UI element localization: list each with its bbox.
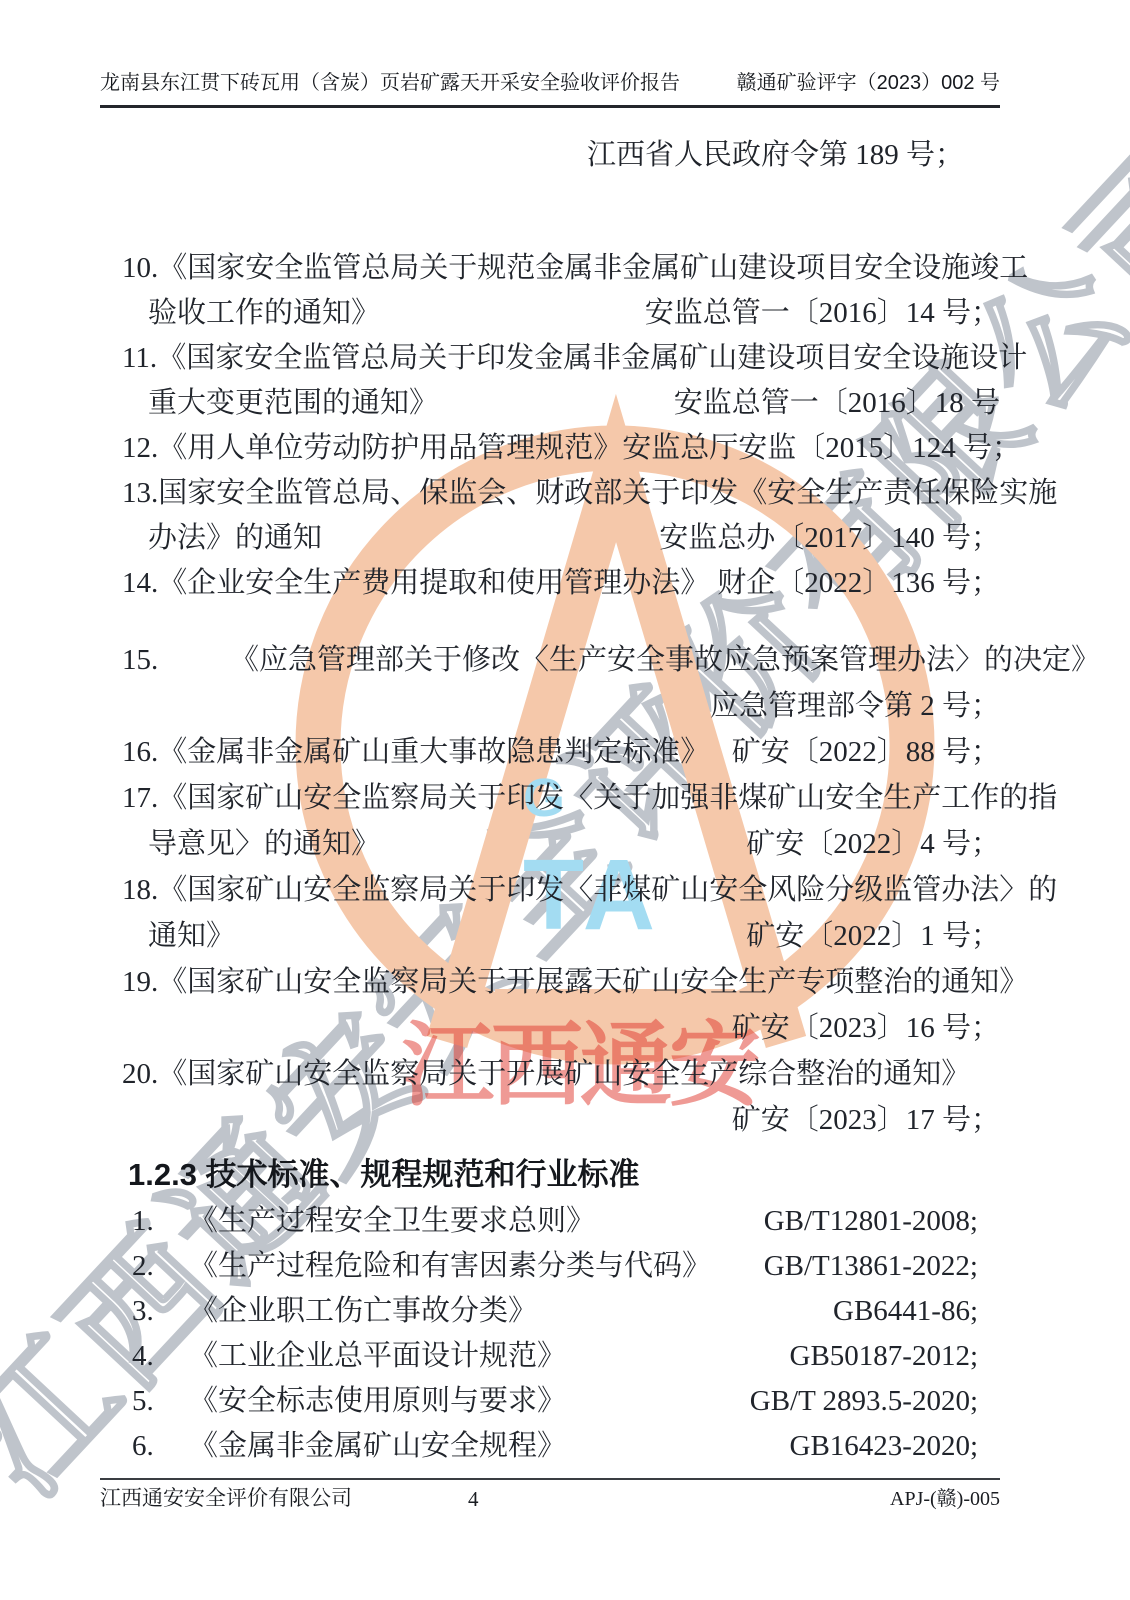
item-reference: 矿安〔2022〕88 号； xyxy=(732,730,1000,775)
item-number: 18. xyxy=(122,868,158,913)
page-header: 龙南县东江贯下砖瓦用（含炭）页岩矿露天开采安全验收评价报告 赣通矿验评字（202… xyxy=(100,70,1000,108)
item-number: 16. xyxy=(122,730,158,775)
item-reference: 应急管理部令第 2 号； xyxy=(710,684,1000,729)
item-reference: GB/T13861-2022; xyxy=(764,1244,978,1289)
item-reference: 安监总办〔2017〕140 号； xyxy=(659,516,1000,561)
item-title: 《用人单位劳动防护用品管理规范》 xyxy=(158,426,622,471)
item-number: 5. xyxy=(132,1379,189,1424)
item-reference: 安监总厅安监〔2015〕124 号； xyxy=(622,426,1021,471)
list-item: 13.国家安全监管总局、保监会、财政部关于印发《安全生产责任保险实施 xyxy=(112,471,1000,516)
item-reference: 矿安〔2022〕1 号； xyxy=(746,914,1000,959)
item-number: 19. xyxy=(122,960,158,1005)
item-title: 《国家矿山安全监察局关于开展露天矿山安全生产专项整治的通知》 xyxy=(158,960,1028,1005)
item-title: 《企业职工伤亡事故分类》 xyxy=(189,1289,537,1334)
list-item: 验收工作的通知》安监总管一〔2016〕14 号； xyxy=(112,291,1000,336)
item-title: 《安全标志使用原则与要求》 xyxy=(189,1379,566,1424)
item-number: 14. xyxy=(122,561,158,606)
item-title: 《工业企业总平面设计规范》 xyxy=(189,1334,566,1379)
list-item: 江西省人民政府令第 189 号； xyxy=(112,133,1000,178)
list-item: 15.《应急管理部关于修改〈生产安全事故应急预案管理办法〉的决定》 xyxy=(112,638,1000,683)
item-title: 《生产过程危险和有害因素分类与代码》 xyxy=(189,1244,711,1289)
list-item: 4.《工业企业总平面设计规范》GB50187-2012; xyxy=(112,1334,1000,1379)
item-title: 《金属非金属矿山安全规程》 xyxy=(189,1424,566,1469)
list-item: 应急管理部令第 2 号； xyxy=(112,684,1000,729)
list-item: 3.《企业职工伤亡事故分类》GB6441-86; xyxy=(112,1289,1000,1334)
item-title: 《生产过程安全卫生要求总则》 xyxy=(189,1199,595,1244)
header-doc-number: 赣通矿验评字（2023）002 号 xyxy=(737,70,1000,96)
page-footer: 江西通安安全评价有限公司 4 APJ-(赣)-005 xyxy=(100,1478,1000,1511)
list-item: 6.《金属非金属矿山安全规程》GB16423-2020; xyxy=(112,1424,1000,1469)
list-item: 2.《生产过程危险和有害因素分类与代码》GB/T13861-2022; xyxy=(112,1244,1000,1289)
list-item: 11.《国家安全监管总局关于印发金属非金属矿山建设项目安全设施设计 xyxy=(112,336,1000,381)
list-item: 12.《用人单位劳动防护用品管理规范》安监总厅安监〔2015〕124 号； xyxy=(112,426,1000,471)
list-item: 导意见〉的通知》矿安〔2022〕4 号； xyxy=(112,822,1000,867)
list-item: 16.《金属非金属矿山重大事故隐患判定标准》矿安〔2022〕88 号； xyxy=(112,730,1000,775)
list-item: 矿安〔2023〕17 号； xyxy=(112,1098,1000,1143)
item-reference: 矿安〔2022〕4 号； xyxy=(746,822,1000,867)
item-reference: 安监总管一〔2016〕18 号 xyxy=(674,381,1000,426)
item-reference: GB/T 2893.5-2020; xyxy=(750,1379,978,1424)
list-item: 10.《国家安全监管总局关于规范金属非金属矿山建设项目安全设施竣工 xyxy=(112,246,1000,291)
item-title: 《应急管理部关于修改〈生产安全事故应急预案管理办法〉的决定》 xyxy=(230,638,1100,683)
item-reference: 矿安〔2023〕17 号； xyxy=(732,1098,1000,1143)
item-reference: 矿安〔2023〕16 号； xyxy=(732,1006,1000,1051)
document-content: 龙南县东江贯下砖瓦用（含炭）页岩矿露天开采安全验收评价报告 赣通矿验评字（202… xyxy=(0,0,1130,1600)
list-item: 19.《国家矿山安全监察局关于开展露天矿山安全生产专项整治的通知》 xyxy=(112,960,1000,1005)
item-number: 20. xyxy=(122,1052,158,1097)
list-item: 17.《国家矿山安全监察局关于印发〈关于加强非煤矿山安全生产工作的指 xyxy=(112,776,1000,821)
item-number: 1. xyxy=(132,1199,189,1244)
item-title: 《国家矿山安全监察局关于印发〈非煤矿山安全风险分级监管办法〉的 xyxy=(158,868,1057,913)
item-number: 10. xyxy=(122,246,158,291)
list-item: 18.《国家矿山安全监察局关于印发〈非煤矿山安全风险分级监管办法〉的 xyxy=(112,868,1000,913)
list-item: 重大变更范围的通知》安监总管一〔2016〕18 号 xyxy=(112,381,1000,426)
item-number: 2. xyxy=(132,1244,189,1289)
item-number: 12. xyxy=(122,426,158,471)
list-item: 5.《安全标志使用原则与要求》GB/T 2893.5-2020; xyxy=(112,1379,1000,1424)
item-title: 《国家安全监管总局关于印发金属非金属矿山建设项目安全设施设计 xyxy=(157,336,1027,381)
item-reference: GB6441-86; xyxy=(833,1289,978,1334)
item-reference: GB16423-2020; xyxy=(790,1424,979,1469)
footer-doc-code: APJ-(赣)-005 xyxy=(890,1487,1000,1511)
body-rows: 江西省人民政府令第 189 号；10.《国家安全监管总局关于规范金属非金属矿山建… xyxy=(112,133,1000,1469)
item-reference: 安监总管一〔2016〕14 号； xyxy=(645,291,1000,336)
item-number: 6. xyxy=(132,1424,189,1469)
item-number: 17. xyxy=(122,776,158,821)
item-title: 通知》 xyxy=(148,914,235,959)
page-number: 4 xyxy=(468,1487,479,1511)
document-page: 江西通安安全评价有限公司 G TA 江西通安 龙南县东江贯下砖瓦用（含炭）页岩矿… xyxy=(0,0,1130,1600)
item-title: 《国家矿山安全监察局关于开展矿山安全生产综合整治的通知》 xyxy=(158,1052,970,1097)
item-number: 13. xyxy=(122,471,158,516)
item-reference: 江西省人民政府令第 189 号； xyxy=(587,133,964,178)
list-item: 20.《国家矿山安全监察局关于开展矿山安全生产综合整治的通知》 xyxy=(112,1052,1000,1097)
list-item: 矿安〔2023〕16 号； xyxy=(112,1006,1000,1051)
item-title: 《金属非金属矿山重大事故隐患判定标准》 xyxy=(158,730,709,775)
list-item: 办法》的通知安监总办〔2017〕140 号； xyxy=(112,516,1000,561)
item-title: 《国家安全监管总局关于规范金属非金属矿山建设项目安全设施竣工 xyxy=(158,246,1028,291)
list-item: 1.《生产过程安全卫生要求总则》GB/T12801-2008; xyxy=(112,1199,1000,1244)
item-title: 办法》的通知 xyxy=(148,516,322,561)
item-title: 导意见〉的通知》 xyxy=(148,822,380,867)
item-number: 3. xyxy=(132,1289,189,1334)
item-number: 11. xyxy=(122,336,157,381)
section-heading: 1.2.3 技术标准、规程规范和行业标准 xyxy=(112,1151,1000,1199)
item-reference: GB/T12801-2008; xyxy=(764,1199,978,1244)
item-title: 1.2.3 技术标准、规程规范和行业标准 xyxy=(128,1151,640,1199)
item-title: 《国家矿山安全监察局关于印发〈关于加强非煤矿山安全生产工作的指 xyxy=(158,776,1057,821)
item-title: 重大变更范围的通知》 xyxy=(148,381,438,426)
item-number: 15. xyxy=(122,638,230,683)
item-reference: GB50187-2012; xyxy=(790,1334,979,1379)
item-reference: 财企〔2022〕136 号； xyxy=(717,561,1000,606)
item-title: 国家安全监管总局、保监会、财政部关于印发《安全生产责任保险实施 xyxy=(158,471,1057,516)
item-number: 4. xyxy=(132,1334,189,1379)
item-title: 《企业安全生产费用提取和使用管理办法》 xyxy=(158,561,709,606)
item-title: 验收工作的通知》 xyxy=(148,291,380,336)
footer-company-name: 江西通安安全评价有限公司 xyxy=(100,1487,352,1511)
list-item: 通知》矿安〔2022〕1 号； xyxy=(112,914,1000,959)
list-item: 14.《企业安全生产费用提取和使用管理办法》财企〔2022〕136 号； xyxy=(112,561,1000,606)
header-report-title: 龙南县东江贯下砖瓦用（含炭）页岩矿露天开采安全验收评价报告 xyxy=(100,70,680,96)
